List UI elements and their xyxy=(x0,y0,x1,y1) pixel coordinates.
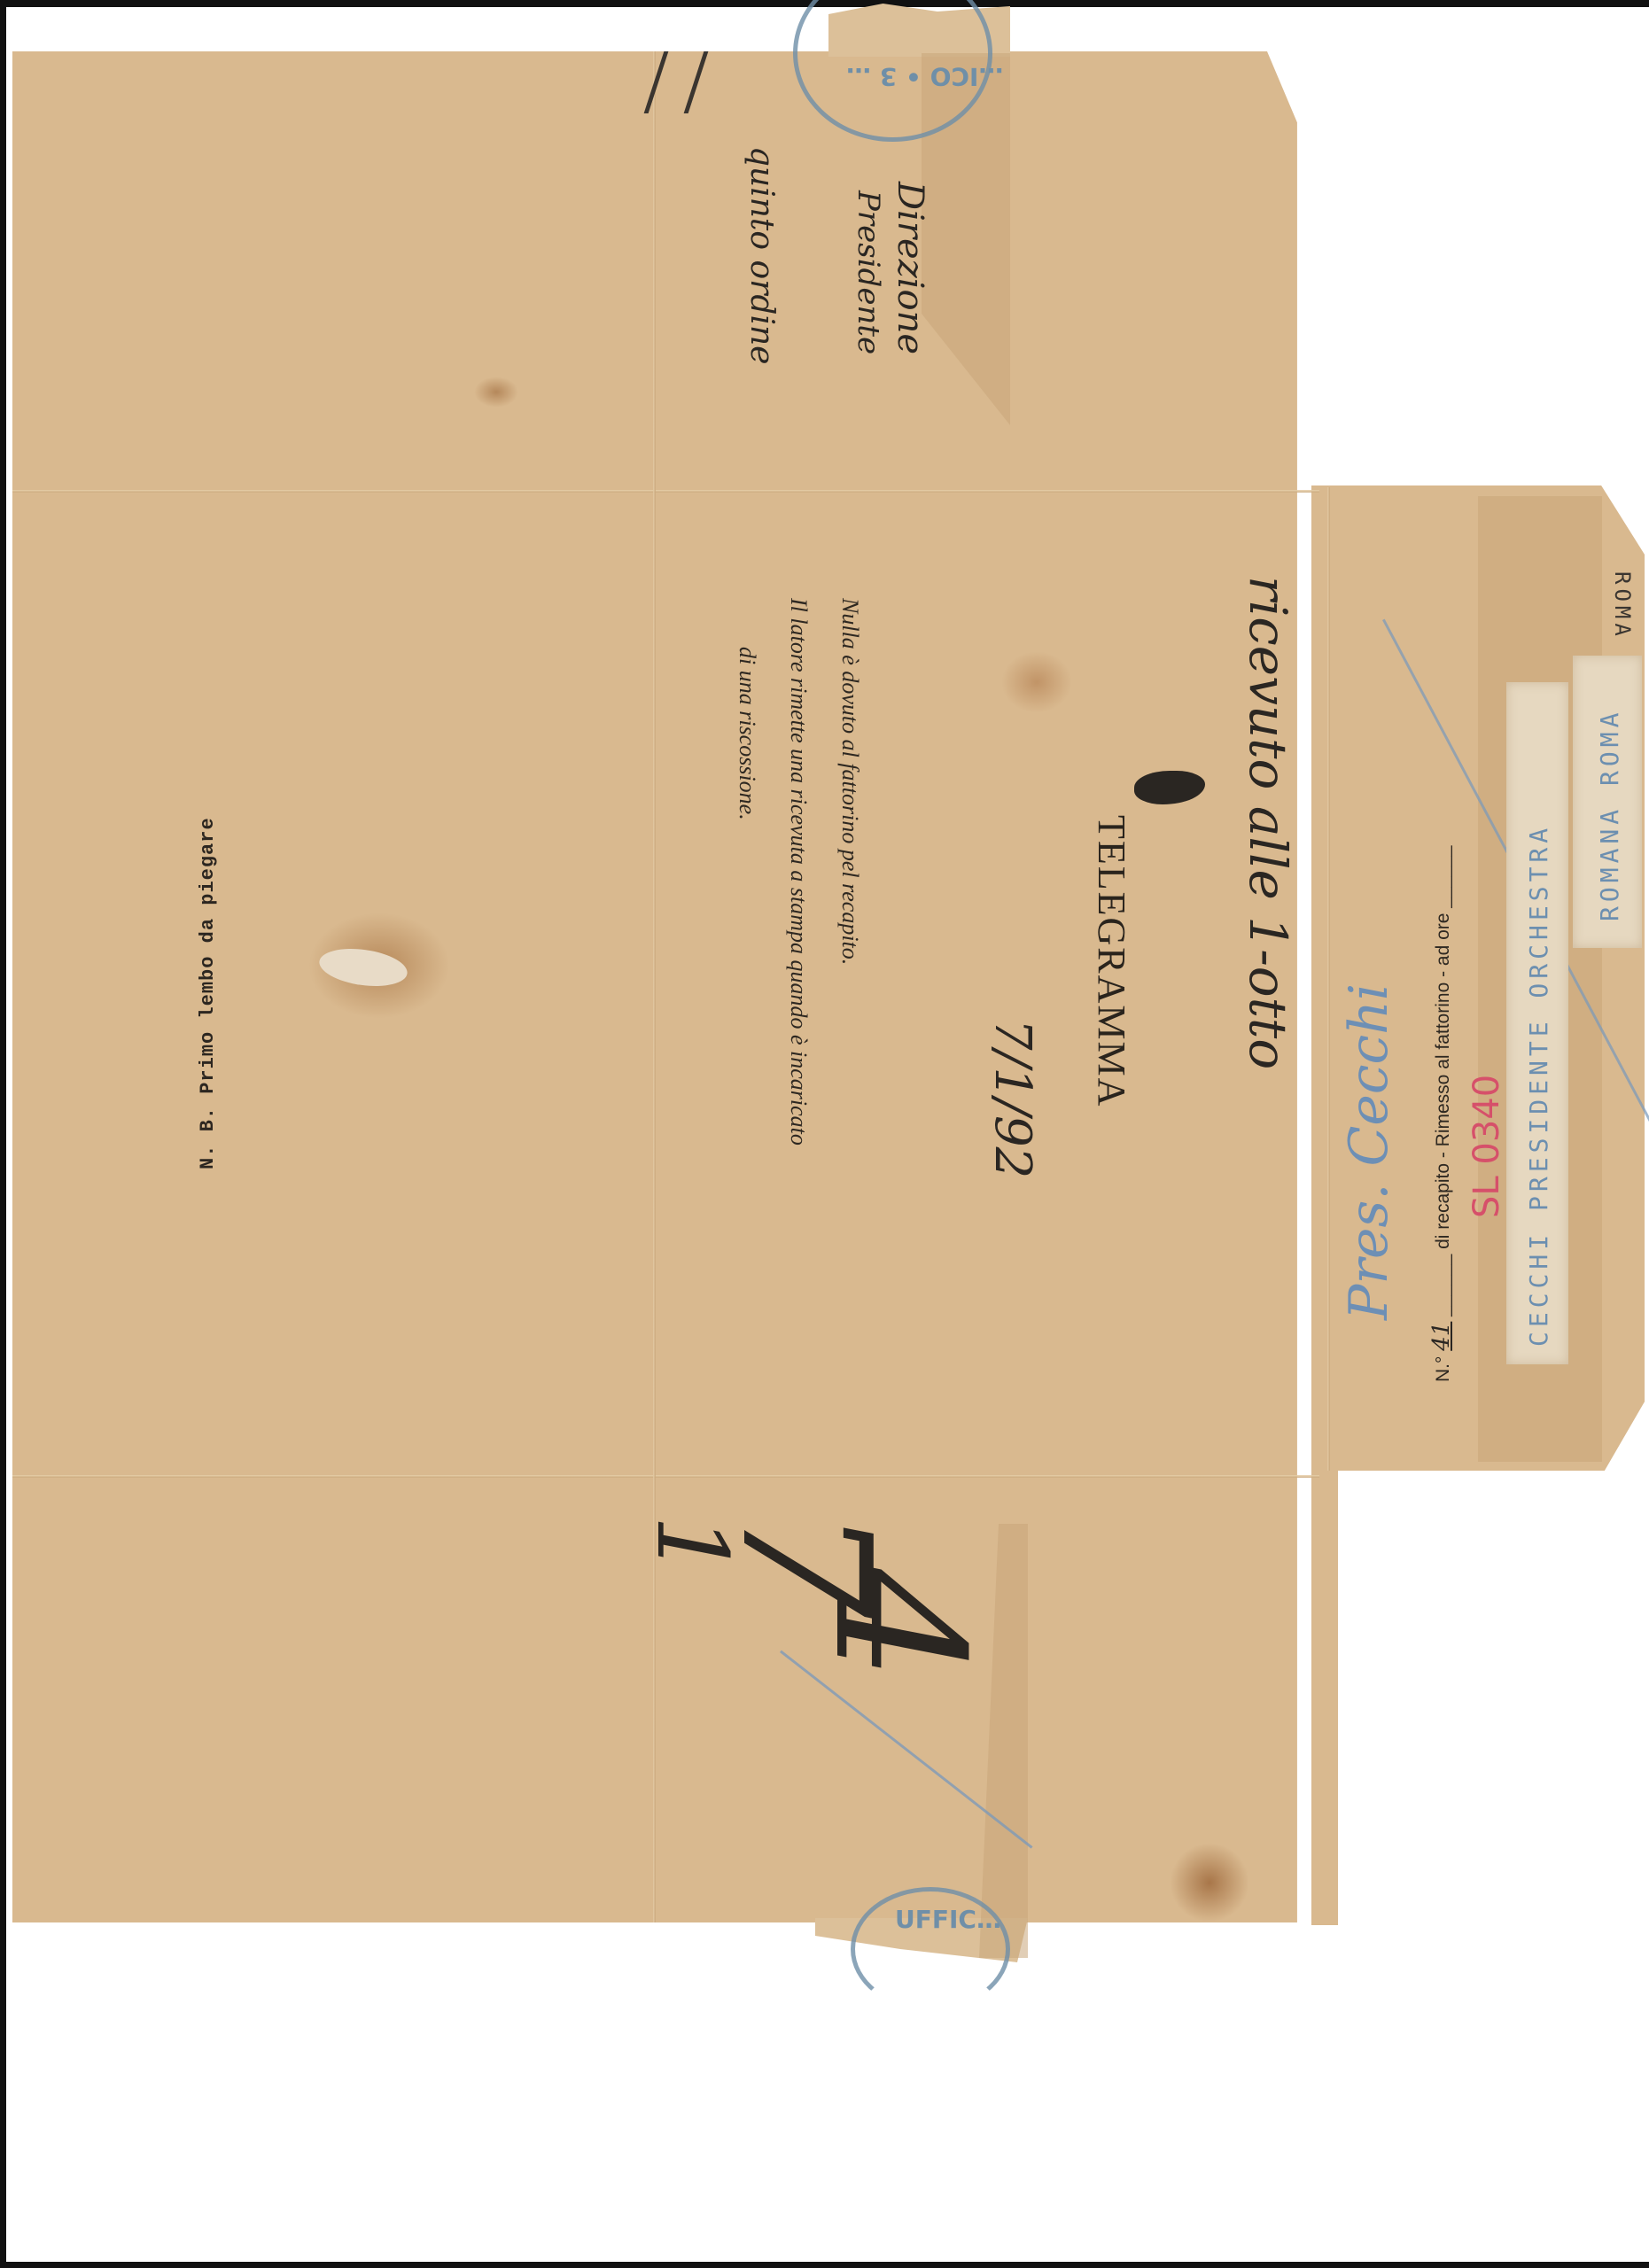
scanner-border-left xyxy=(0,0,6,2268)
handwritten-presidente: Presidente xyxy=(851,190,886,354)
handwritten-mark-4: 4 xyxy=(795,1568,1001,1681)
address-label-line-2: ROMANA ROMA xyxy=(1595,709,1624,921)
number-value: 41 xyxy=(1428,1322,1455,1351)
fold-line-vertical-1 xyxy=(653,51,656,1922)
handed-to-courier-label: Rimesso al fattorino xyxy=(1433,983,1453,1147)
telegram-title: TELEGRAMMA xyxy=(1089,815,1134,1107)
fold-line-horizontal-2 xyxy=(12,1475,1319,1478)
notice-line-3: di una riscossione. xyxy=(727,647,767,820)
notice-line-2: Il latore rimette una ricevuta a stampa … xyxy=(778,598,819,1146)
number-label: N.° xyxy=(1433,1356,1453,1382)
time-label: ad ore xyxy=(1433,913,1453,967)
address-label-line-3: ROMA xyxy=(1610,571,1635,641)
paper-lower-right xyxy=(1311,1466,1338,1925)
notice-line-1: Nulla è dovuto al fattorino pel recapito… xyxy=(829,598,870,965)
stain-center xyxy=(1001,651,1072,713)
handwritten-received-note: ricevuto alle 1-otto xyxy=(1238,576,1298,1069)
delivery-label: di recapito xyxy=(1433,1163,1453,1249)
fold-line-horizontal-1 xyxy=(12,490,1319,493)
fold-instruction-note: N. B. Primo lembo da piegare xyxy=(197,817,219,1169)
address-label-line-1: CECCHI PRESIDENTE ORCHESTRA xyxy=(1524,824,1553,1347)
scanner-border-bottom xyxy=(0,2262,1649,2268)
handwritten-direzione: Direzione xyxy=(890,182,930,354)
stain-small xyxy=(474,377,518,408)
fold-line-vertical-2 xyxy=(1327,487,1330,1471)
form-field-line: N.° 41 ______ di recapito - Rimesso al f… xyxy=(1428,846,1455,1382)
handwritten-ordine: quinto ordine xyxy=(743,146,780,364)
postmark-top-text: …ICO • 3 … xyxy=(846,62,1003,91)
red-pencil-code: SL 0340 xyxy=(1466,1075,1507,1218)
postmark-bottom-text: UFFIC… xyxy=(895,1905,1001,1934)
blue-pencil-note: Pres. Cecchi xyxy=(1338,983,1400,1320)
handwritten-date: 7/1/92 xyxy=(984,1019,1041,1178)
stain-bottom-right xyxy=(1170,1843,1249,1922)
